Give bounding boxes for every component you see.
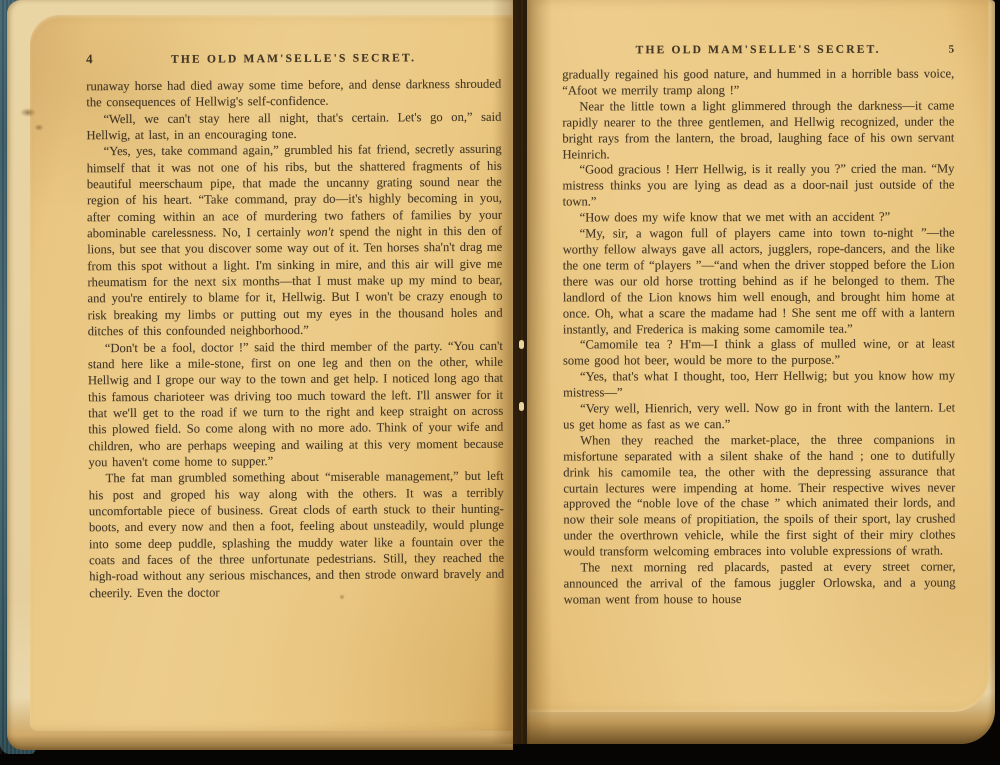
running-header-left: THE OLD MAM'SELLE'S SECRET. xyxy=(120,52,467,66)
binding-stitch xyxy=(519,402,524,411)
paragraph: When they reached the market-place, the … xyxy=(563,432,955,560)
paragraph: “Yes, that's what I thought, too, Herr H… xyxy=(563,369,955,402)
binding-stitch xyxy=(519,340,524,349)
paragraph: runaway horse had died away some time be… xyxy=(86,76,501,111)
left-page-header: 4 THE OLD MAM'SELLE'S SECRET. xyxy=(86,49,501,68)
paragraph: “Well, we can't stay here all night, tha… xyxy=(86,108,501,143)
paragraph: “My, sir, a wagon full of players came i… xyxy=(563,226,955,338)
binding-seam xyxy=(521,0,523,744)
paragraph: The next morning red placards, pasted at… xyxy=(563,560,955,609)
left-page-body: runaway horse had died away some time be… xyxy=(86,76,505,704)
paragraph: “Good gracious ! Herr Hellwig, is it rea… xyxy=(562,162,954,211)
open-book-photo: 4 THE OLD MAM'SELLE'S SECRET. runaway ho… xyxy=(0,0,1000,765)
right-page-body: gradually regained his good nature, and … xyxy=(562,66,956,699)
page-number-left: 4 xyxy=(86,51,120,67)
paragraph: “Yes, yes, take command again,” grumbled… xyxy=(87,141,503,340)
running-header-right: THE OLD MAM'SELLE'S SECRET. xyxy=(596,44,920,57)
paragraph: “Very well, Hienrich, very well. Now go … xyxy=(563,401,955,434)
paper-stain xyxy=(20,108,36,117)
paragraph: Near the little town a light glimmered t… xyxy=(562,98,954,163)
paper-stain xyxy=(34,124,44,131)
paragraph: “Camomile tea ? H'm—I think a glass of m… xyxy=(563,337,955,370)
right-page-header: THE OLD MAM'SELLE'S SECRET. 5 xyxy=(562,43,954,56)
left-page-text: 4 THE OLD MAM'SELLE'S SECRET. runaway ho… xyxy=(86,49,505,704)
paragraph: gradually regained his good nature, and … xyxy=(562,66,954,99)
paragraph: “How does my wife know that we met with … xyxy=(563,210,955,227)
paragraph: The fat man grumbled something about “mi… xyxy=(89,468,505,601)
paragraph: “Don't be a fool, doctor !” said the thi… xyxy=(88,337,504,470)
right-page-text: THE OLD MAM'SELLE'S SECRET. 5 gradually … xyxy=(562,43,956,699)
page-number-right: 5 xyxy=(920,43,954,55)
